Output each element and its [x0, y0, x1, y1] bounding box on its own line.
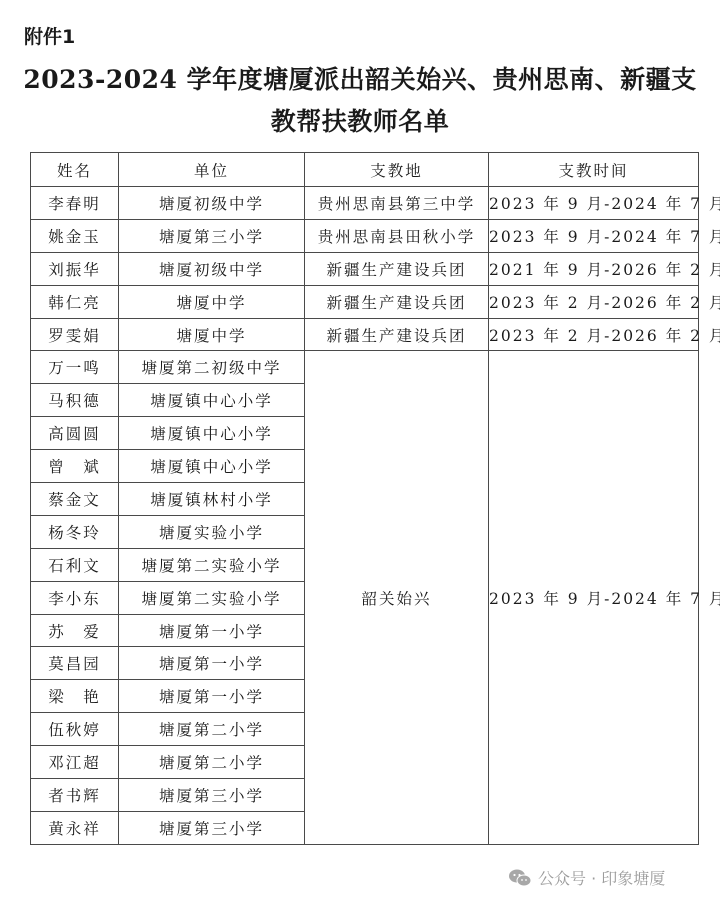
cell-place: 新疆生产建设兵团	[305, 252, 489, 285]
merged-cell-period: 2023 年 9 月-2024 年 7 月	[489, 351, 699, 844]
header-name: 姓名	[31, 153, 119, 187]
document-title-line-1: 2023-2024 学年度塘厦派出韶关始兴、贵州思南、新疆支	[0, 60, 720, 96]
table-row: 万一鸣 塘厦第二初级中学 韶关始兴 2023 年 9 月-2024 年 7 月	[31, 351, 699, 384]
cell-name: 曾 斌	[31, 450, 119, 483]
table-row: 罗雯娟 塘厦中学 新疆生产建设兵团 2023 年 2 月-2026 年 2 月	[31, 318, 699, 351]
table-row: 刘振华 塘厦初级中学 新疆生产建设兵团 2021 年 9 月-2026 年 2 …	[31, 252, 699, 285]
cell-name: 伍秋婷	[31, 713, 119, 746]
table-row: 李春明 塘厦初级中学 贵州思南县第三中学 2023 年 9 月-2024 年 7…	[31, 187, 699, 220]
cell-name: 马积德	[31, 384, 119, 417]
cell-name: 杨冬玲	[31, 515, 119, 548]
cell-unit: 塘厦镇中心小学	[119, 384, 305, 417]
cell-unit: 塘厦第三小学	[119, 219, 305, 252]
cell-name: 姚金玉	[31, 219, 119, 252]
cell-unit: 塘厦第一小学	[119, 647, 305, 680]
cell-name: 万一鸣	[31, 351, 119, 384]
cell-unit: 塘厦中学	[119, 318, 305, 351]
cell-unit: 塘厦中学	[119, 285, 305, 318]
attachment-label: 附件1	[24, 22, 75, 49]
cell-unit: 塘厦第二小学	[119, 713, 305, 746]
cell-unit: 塘厦第三小学	[119, 779, 305, 812]
cell-unit: 塘厦第一小学	[119, 680, 305, 713]
cell-period: 2023 年 2 月-2026 年 2 月	[489, 285, 699, 318]
cell-period: 2023 年 9 月-2024 年 7 月	[489, 187, 699, 220]
cell-unit: 塘厦第二实验小学	[119, 548, 305, 581]
cell-unit: 塘厦镇林村小学	[119, 483, 305, 516]
cell-unit: 塘厦镇中心小学	[119, 450, 305, 483]
watermark-text: 公众号 · 印象塘厦	[538, 866, 665, 889]
cell-name: 韩仁亮	[31, 285, 119, 318]
cell-unit: 塘厦第二小学	[119, 746, 305, 779]
document-title-line-2: 教帮扶教师名单	[0, 102, 720, 138]
cell-unit: 塘厦初级中学	[119, 187, 305, 220]
cell-name: 高圆圆	[31, 417, 119, 450]
merged-cell-place: 韶关始兴	[305, 351, 489, 844]
wechat-icon	[508, 869, 532, 887]
cell-unit: 塘厦第二实验小学	[119, 581, 305, 614]
cell-name: 刘振华	[31, 252, 119, 285]
cell-place: 贵州思南县田秋小学	[305, 219, 489, 252]
cell-unit: 塘厦第三小学	[119, 811, 305, 844]
cell-unit: 塘厦初级中学	[119, 252, 305, 285]
cell-name: 李小东	[31, 581, 119, 614]
cell-unit: 塘厦实验小学	[119, 515, 305, 548]
table-row: 姚金玉 塘厦第三小学 贵州思南县田秋小学 2023 年 9 月-2024 年 7…	[31, 219, 699, 252]
cell-place: 新疆生产建设兵团	[305, 285, 489, 318]
cell-name: 邓江超	[31, 746, 119, 779]
cell-period: 2023 年 2 月-2026 年 2 月	[489, 318, 699, 351]
table-row: 韩仁亮 塘厦中学 新疆生产建设兵团 2023 年 2 月-2026 年 2 月	[31, 285, 699, 318]
cell-period: 2023 年 9 月-2024 年 7 月	[489, 219, 699, 252]
cell-place: 新疆生产建设兵团	[305, 318, 489, 351]
cell-name: 梁 艳	[31, 680, 119, 713]
cell-name: 者书辉	[31, 779, 119, 812]
cell-name: 黄永祥	[31, 811, 119, 844]
cell-unit: 塘厦镇中心小学	[119, 417, 305, 450]
cell-name: 莫昌园	[31, 647, 119, 680]
cell-name: 石利文	[31, 548, 119, 581]
cell-place: 贵州思南县第三中学	[305, 187, 489, 220]
cell-period: 2021 年 9 月-2026 年 2 月	[489, 252, 699, 285]
table-header-row: 姓名 单位 支教地 支教时间	[31, 153, 699, 187]
cell-unit: 塘厦第二初级中学	[119, 351, 305, 384]
teacher-roster-table: 姓名 单位 支教地 支教时间 李春明 塘厦初级中学 贵州思南县第三中学 2023…	[30, 152, 699, 845]
cell-name: 苏 爱	[31, 614, 119, 647]
wechat-watermark: 公众号 · 印象塘厦	[508, 866, 665, 889]
header-place: 支教地	[305, 153, 489, 187]
cell-unit: 塘厦第一小学	[119, 614, 305, 647]
cell-name: 罗雯娟	[31, 318, 119, 351]
header-unit: 单位	[119, 153, 305, 187]
cell-name: 李春明	[31, 187, 119, 220]
header-period: 支教时间	[489, 153, 699, 187]
cell-name: 蔡金文	[31, 483, 119, 516]
